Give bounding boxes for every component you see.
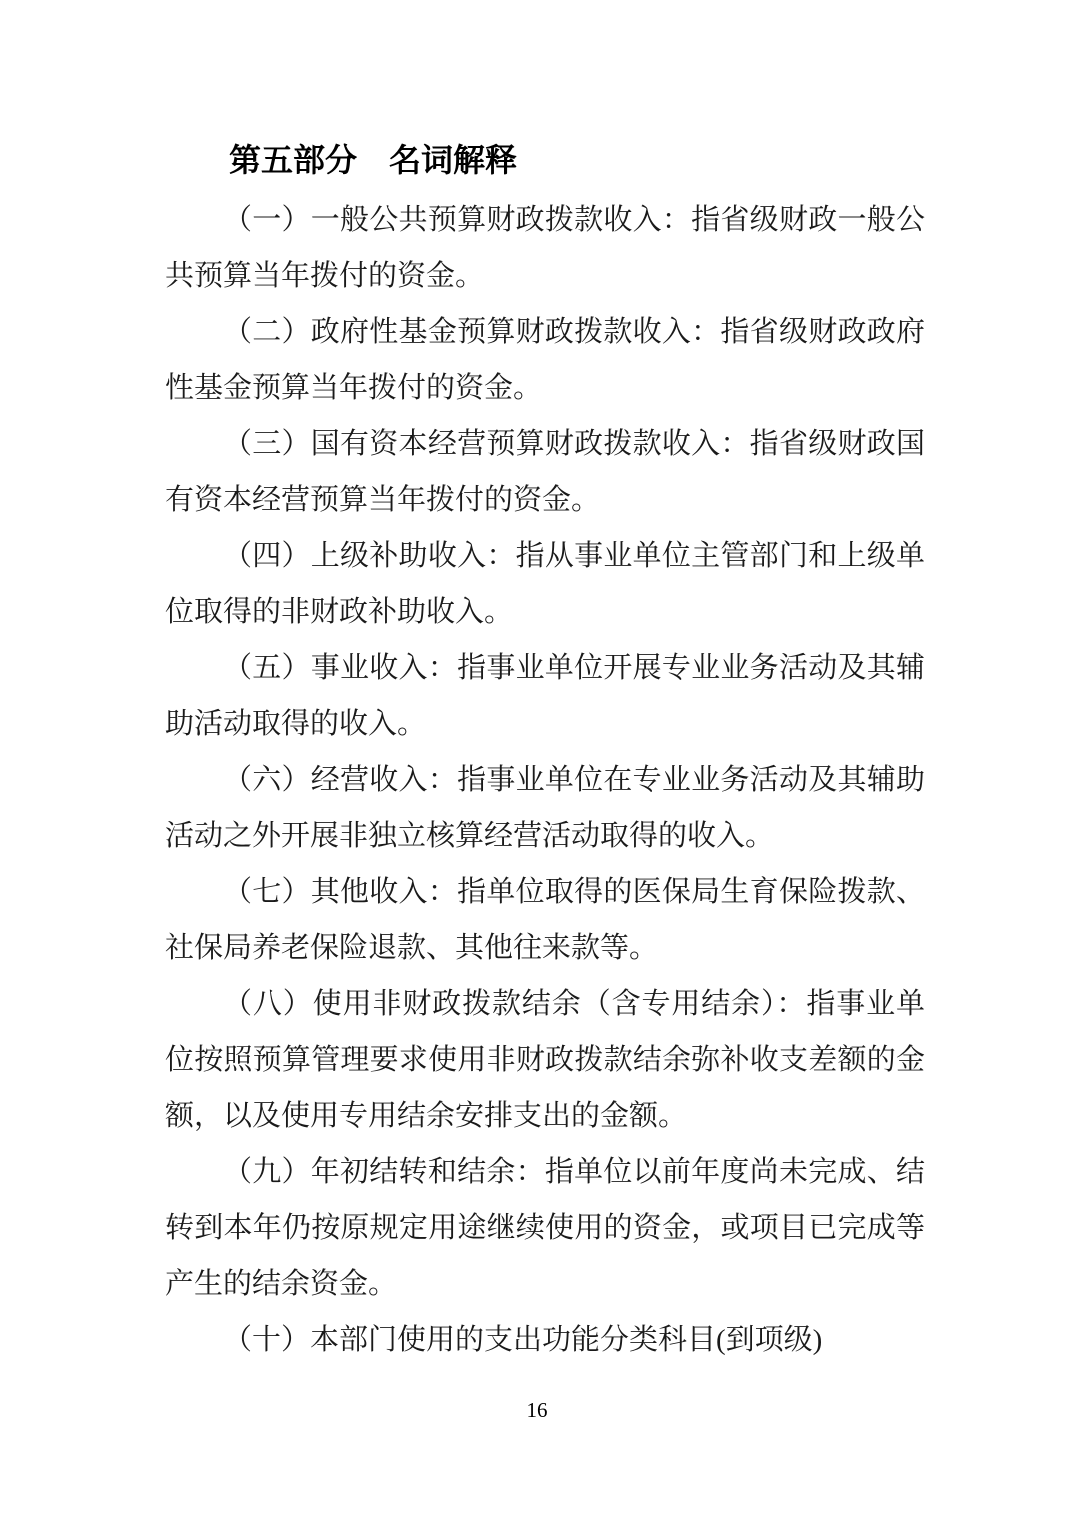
document-page: 第五部分 名词解释 （一）一般公共预算财政拨款收入：指省级财政一般公共预算当年拨… — [0, 0, 1074, 1520]
paragraph-7: （七）其他收入：指单位取得的医保局生育保险拨款、社保局养老保险退款、其他往来款等… — [165, 864, 925, 976]
section-title: 第五部分 名词解释 — [165, 138, 925, 182]
paragraph-4: （四）上级补助收入：指从事业单位主管部门和上级单位取得的非财政补助收入。 — [165, 528, 925, 640]
paragraph-6: （六）经营收入：指事业单位在专业业务活动及其辅助活动之外开展非独立核算经营活动取… — [165, 752, 925, 864]
paragraph-3: （三）国有资本经营预算财政拨款收入：指省级财政国有资本经营预算当年拨付的资金。 — [165, 416, 925, 528]
paragraph-8: （八）使用非财政拨款结余（含专用结余）：指事业单位按照预算管理要求使用非财政拨款… — [165, 976, 925, 1144]
paragraph-5: （五）事业收入：指事业单位开展专业业务活动及其辅助活动取得的收入。 — [165, 640, 925, 752]
page-number: 16 — [0, 1398, 1074, 1423]
document-content: 第五部分 名词解释 （一）一般公共预算财政拨款收入：指省级财政一般公共预算当年拨… — [165, 138, 925, 1368]
paragraph-2: （二）政府性基金预算财政拨款收入：指省级财政政府性基金预算当年拨付的资金。 — [165, 304, 925, 416]
paragraph-10: （十）本部门使用的支出功能分类科目(到项级) — [165, 1312, 925, 1368]
paragraph-9: （九）年初结转和结余：指单位以前年度尚未完成、结转到本年仍按原规定用途继续使用的… — [165, 1144, 925, 1312]
paragraph-1: （一）一般公共预算财政拨款收入：指省级财政一般公共预算当年拨付的资金。 — [165, 192, 925, 304]
